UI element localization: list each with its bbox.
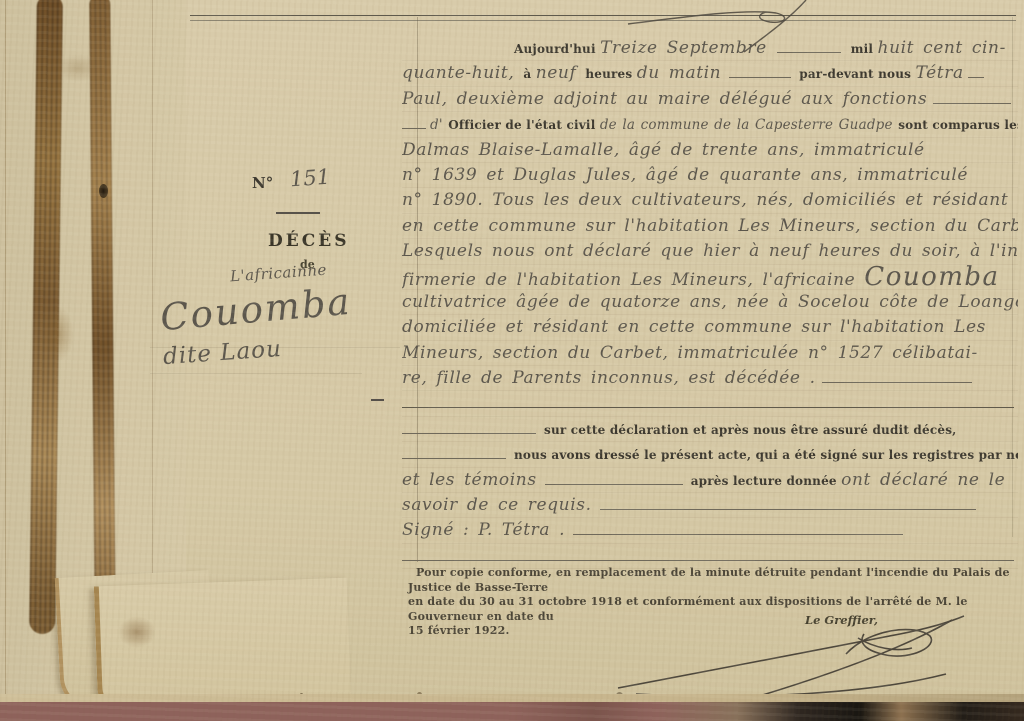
blank-underline: [729, 64, 791, 78]
act-line: n° 1639 et Duglas Jules, âgé de quarante…: [402, 163, 1018, 188]
handwritten-text-segment: Dalmas Blaise-Lamalle, âgé de trente ans…: [402, 140, 925, 160]
spacer: [721, 77, 729, 78]
act-line: nous avons dressé le présent acte, qui a…: [402, 442, 1018, 467]
spacer: [683, 484, 691, 485]
act-line: re, fille de Parents inconnus, est décéd…: [402, 366, 1018, 391]
printed-text-segment: mil: [851, 42, 878, 56]
paper-stain: [56, 54, 100, 82]
printed-text-segment: par-devant nous: [799, 67, 915, 81]
book-cover-band: [0, 702, 1024, 721]
horizontal-rule: [402, 395, 1014, 408]
act-line: firmerie de l'habitation Les Mineurs, l'…: [402, 265, 1018, 290]
handwritten-name-segment: Couomba: [864, 265, 999, 290]
blank-underline: [933, 90, 1011, 104]
stamp-line: Pour copie conforme, en remplacement de …: [408, 566, 1012, 595]
handwritten-text-segment: domiciliée et résidant en cette commune …: [402, 317, 986, 337]
act-line: et les témoinsaprès lecture donnée ont d…: [402, 468, 1018, 493]
handwritten-text-segment: cultivatrice âgée de quatorze ans, née à…: [402, 292, 1018, 312]
page-stack-streak: [89, 0, 116, 634]
handwritten-text-segment: quante-huit,: [402, 63, 523, 83]
page-edge-line: [152, 0, 153, 660]
paper-stain: [118, 616, 156, 648]
spacer: [402, 52, 514, 53]
act-line: Lesquels nous ont déclaré que hier à neu…: [402, 239, 1018, 264]
record-type-heading: DÉCÈS: [268, 231, 349, 251]
act-line: Paul, deuxième adjoint au maire délégué …: [402, 87, 1018, 112]
printed-text-segment: nous avons dressé le présent acte, qui a…: [514, 448, 1018, 462]
act-line: domiciliée et résidant en cette commune …: [402, 315, 1018, 340]
act-number-value: 151: [289, 165, 331, 192]
margin-separator-rule: [276, 212, 320, 214]
blank-underline: [573, 521, 903, 535]
handwritten-text-segment: Signé : P. Tétra .: [402, 520, 565, 540]
margin-guide-line: [150, 347, 400, 348]
handwritten-text-segment: huit cent cin-: [878, 38, 1006, 58]
handwritten-text-segment: re, fille de Parents inconnus, est décéd…: [402, 368, 816, 388]
blank-underline: [402, 115, 426, 129]
handwritten-text-segment: n° 1890. Tous les deux cultivateurs, nés…: [402, 190, 1008, 210]
handwritten-text-segment: Tétra: [916, 63, 964, 83]
handwritten-text-segment: de la commune de la Capesterre Guadpe: [600, 117, 898, 133]
handwritten-text-segment: Mineurs, section du Carbet, immatriculée…: [402, 343, 978, 363]
handwritten-text-segment: Paul, deuxième adjoint au maire délégué …: [402, 89, 927, 109]
blank-underline: [968, 64, 984, 78]
printed-text-segment: heures: [585, 67, 636, 81]
spacer: [537, 484, 545, 485]
act-line: [402, 391, 1018, 416]
printed-text-segment: Officier de l'état civil: [448, 118, 600, 132]
handwritten-text-segment: du matin: [637, 63, 722, 83]
spacer: [565, 534, 573, 535]
act-line: en cette commune sur l'habitation Les Mi…: [402, 214, 1018, 239]
handwritten-text-segment: en cette commune sur l'habitation Les Mi…: [402, 216, 1018, 236]
printed-text-segment: à: [523, 67, 535, 81]
printed-text-segment: Aujourd'hui: [514, 42, 600, 56]
act-text-block: Aujourd'hui Treize Septembremil huit cen…: [402, 36, 1018, 569]
act-line: sur cette déclaration et après nous être…: [402, 417, 1018, 442]
paper-stain: [42, 306, 74, 362]
spacer: [767, 52, 777, 53]
act-line: cultivatrice âgée de quatorze ans, née à…: [402, 290, 1018, 315]
scanned-register-page: N° 151 DÉCÈS de L'africainne Couomba dit…: [0, 0, 1024, 721]
act-line: savoir de ce requis.: [402, 493, 1018, 518]
handwritten-text-segment: Lesquels nous ont déclaré que hier à neu…: [402, 241, 1018, 261]
act-line: Aujourd'hui Treize Septembremil huit cen…: [402, 36, 1018, 61]
printed-text-segment: après lecture donnée: [691, 474, 841, 488]
blank-underline: [402, 547, 1014, 561]
act-line: Mineurs, section du Carbet, immatriculée…: [402, 341, 1018, 366]
act-line: Signé : P. Tétra .: [402, 518, 1018, 543]
spacer: [592, 509, 600, 510]
printed-text-segment: sur cette déclaration et après nous être…: [544, 423, 957, 437]
margin-guide-line: [150, 373, 362, 374]
blank-underline: [545, 471, 683, 485]
handwritten-text-segment: d': [430, 117, 448, 133]
blank-underline: [600, 496, 976, 510]
act-line: quante-huit, à neuf heures du matinpar-d…: [402, 61, 1018, 86]
handwritten-text-segment: et les témoins: [402, 470, 537, 490]
handwritten-text-segment: Treize Septembre: [600, 38, 767, 58]
handwritten-text-segment: firmerie de l'habitation Les Mineurs, l'…: [402, 270, 864, 290]
act-number-label: N°: [252, 174, 273, 192]
ink-spot: [99, 184, 108, 198]
handwritten-text-segment: savoir de ce requis.: [402, 495, 592, 515]
page-edge-line: [5, 0, 6, 700]
blank-underline: [822, 369, 972, 383]
act-line: d' Officier de l'état civil de la commun…: [402, 112, 1018, 137]
blank-underline: [402, 420, 536, 434]
blank-underline: [777, 39, 841, 53]
spacer: [841, 52, 851, 53]
act-line: Dalmas Blaise-Lamalle, âgé de trente ans…: [402, 138, 1018, 163]
spacer: [506, 458, 514, 459]
greffier-signature: [600, 608, 1024, 704]
handwritten-text-segment: n° 1639 et Duglas Jules, âgé de quarante…: [402, 165, 968, 185]
act-line: n° 1890. Tous les deux cultivateurs, nés…: [402, 188, 1018, 213]
blank-underline: [402, 445, 506, 459]
printed-text-segment: sont comparus les sieurs: [898, 118, 1018, 132]
handwritten-text-segment: ont déclaré ne le: [841, 470, 1005, 490]
margin-dash: [371, 399, 384, 401]
handwritten-text-segment: neuf: [536, 63, 586, 83]
spacer: [536, 433, 544, 434]
